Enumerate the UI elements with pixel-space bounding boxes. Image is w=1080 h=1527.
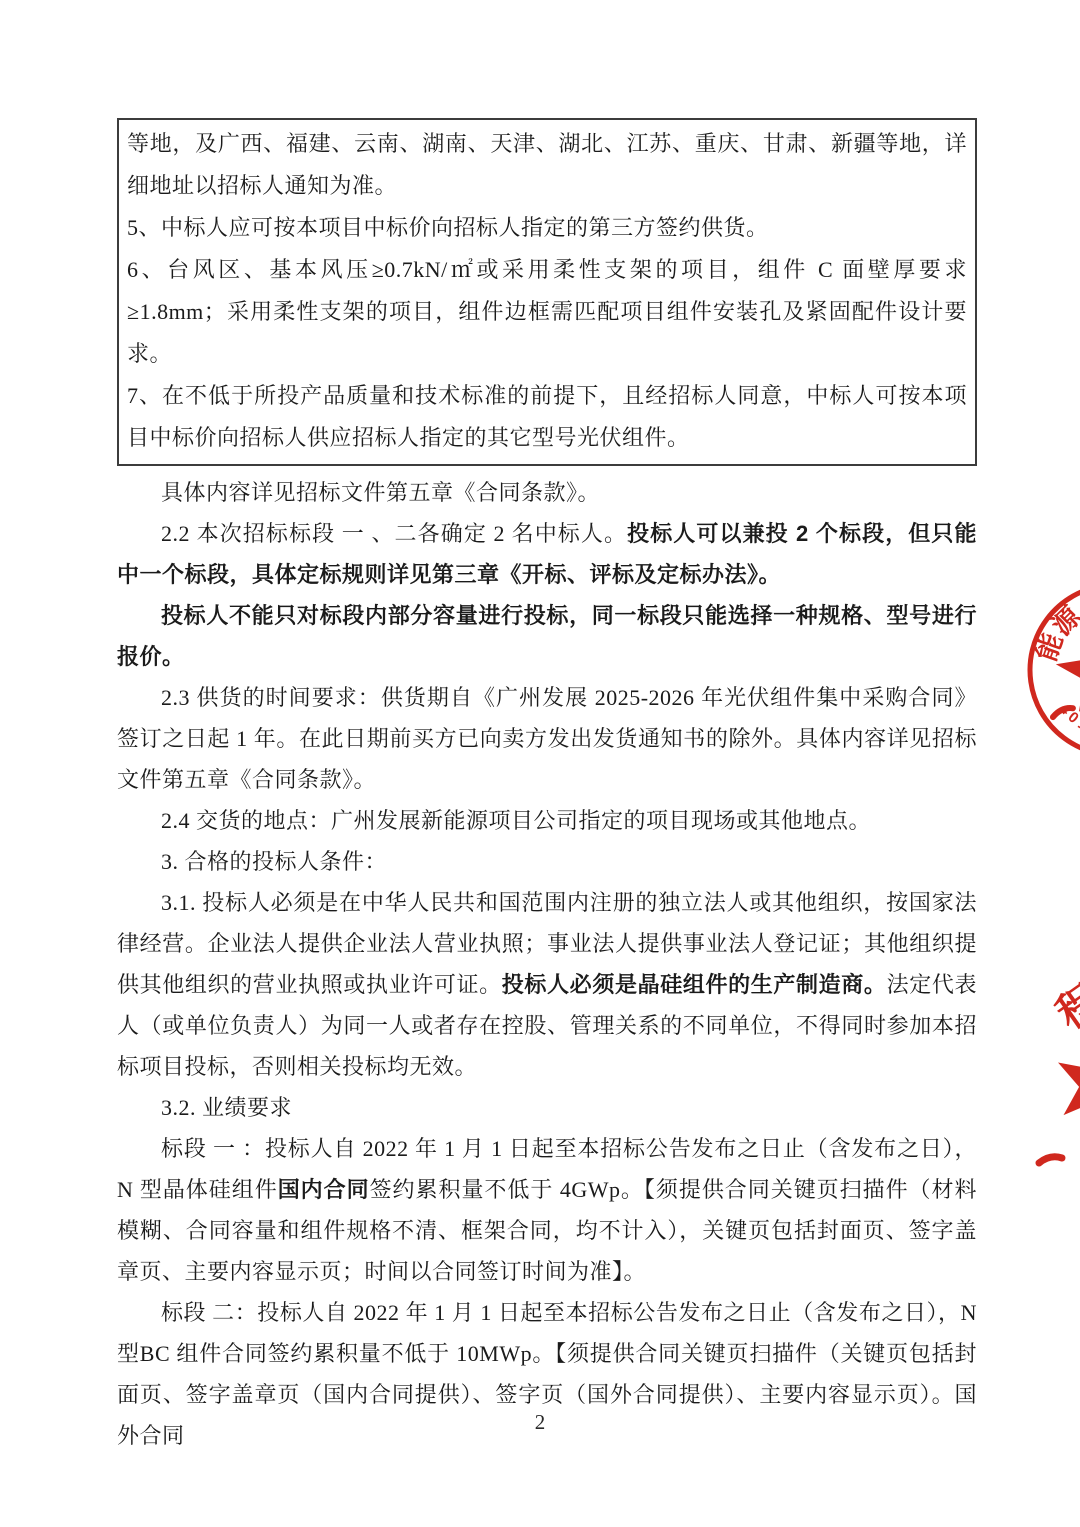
text-segment: 投标人不能只对标段内部分容量进行投标，同一标段只能选择一种规格、型号进行报价。: [117, 603, 977, 669]
text-segment: 投标人必须是晶硅组件的生产制造商。: [502, 972, 887, 997]
stamp-stroke-fragment: [1052, 707, 1074, 717]
text-segment: 5、中标人应可按本项目中标价向招标人指定的第三方签约供货。: [127, 215, 769, 240]
text-segment: 3.2. 业绩要求: [161, 1095, 292, 1120]
paragraph: 6、台风区、基本风压≥0.7kN/㎡或采用柔性支架的项目，组件 C 面壁厚要求≥…: [127, 249, 967, 375]
star-icon: [1048, 1032, 1080, 1129]
paragraph: 等地，及广西、福建、云南、湖南、天津、湖北、江苏、重庆、甘肃、新疆等地，详细地址…: [127, 123, 967, 207]
stamp-digits: 4010: [1055, 696, 1080, 745]
stamp-circle: [1019, 574, 1080, 766]
paragraph: 2.3 供货的时间要求：供货期自《广州发展 2025-2026 年光伏组件集中采…: [117, 677, 977, 800]
text-segment: 国内合同: [278, 1177, 370, 1202]
paragraph: 2.4 交货的地点：广州发展新能源项目公司指定的项目现场或其他地点。: [117, 800, 977, 841]
stamp-char: 程: [1048, 975, 1080, 1038]
paragraph: 标段 一 ：投标人自 2022 年 1 月 1 日起至本招标公告发布之日止（含发…: [117, 1128, 977, 1292]
text-segment: 2.3 供货的时间要求：供货期自《广州发展 2025-2026 年光伏组件集中采…: [117, 685, 977, 792]
document-content: 等地，及广西、福建、云南、湖南、天津、湖北、江苏、重庆、甘肃、新疆等地，详细地址…: [117, 118, 977, 1456]
red-seal-stamp-bottom: 程: [1015, 950, 1080, 1210]
text-segment: 3. 合格的投标人条件：: [161, 849, 387, 874]
paragraph: 投标人不能只对标段内部分容量进行投标，同一标段只能选择一种规格、型号进行报价。: [117, 595, 977, 677]
paragraph: 具体内容详见招标文件第五章《合同条款》。: [117, 472, 977, 513]
paragraph: 5、中标人应可按本项目中标价向招标人指定的第三方签约供货。: [127, 207, 967, 249]
text-segment: 具体内容详见招标文件第五章《合同条款》。: [161, 480, 600, 505]
text-segment: 6、台风区、基本风压≥0.7kN/㎡或采用柔性支架的项目，组件 C 面壁厚要求≥…: [127, 257, 967, 366]
page-number: 2: [0, 1410, 1080, 1435]
red-seal-stamp-top: 能源 4010: [1015, 570, 1080, 780]
stamp-stroke-fragment: [1039, 1157, 1062, 1163]
paragraph: 3. 合格的投标人条件：: [117, 841, 977, 882]
paragraph: 3.2. 业绩要求: [117, 1087, 977, 1128]
stamp-arc-text: 能源: [1023, 598, 1080, 669]
paragraph: 7、在不低于所投产品质量和技术标准的前提下，且经招标人同意，中标人可按本项目中标…: [127, 375, 967, 459]
paragraph: 2.2 本次招标标段 一 、二各确定 2 名中标人。投标人可以兼投 2 个标段，…: [117, 513, 977, 595]
document-body: 具体内容详见招标文件第五章《合同条款》。2.2 本次招标标段 一 、二各确定 2…: [117, 472, 977, 1456]
text-segment: 7、在不低于所投产品质量和技术标准的前提下，且经招标人同意，中标人可按本项目中标…: [127, 383, 967, 450]
paragraph: 3.1. 投标人必须是在中华人民共和国范围内注册的独立法人或其他组织，按国家法律…: [117, 882, 977, 1087]
star-icon: [1051, 622, 1080, 715]
clause-box: 等地，及广西、福建、云南、湖南、天津、湖北、江苏、重庆、甘肃、新疆等地，详细地址…: [117, 118, 977, 466]
document-page: 等地，及广西、福建、云南、湖南、天津、湖北、江苏、重庆、甘肃、新疆等地，详细地址…: [0, 0, 1080, 1527]
text-segment: 等地，及广西、福建、云南、湖南、天津、湖北、江苏、重庆、甘肃、新疆等地，详细地址…: [127, 131, 967, 198]
text-segment: 2.2 本次招标标段 一 、二各确定 2 名中标人。: [161, 521, 627, 546]
text-segment: 2.4 交货的地点：广州发展新能源项目公司指定的项目现场或其他地点。: [161, 808, 871, 833]
